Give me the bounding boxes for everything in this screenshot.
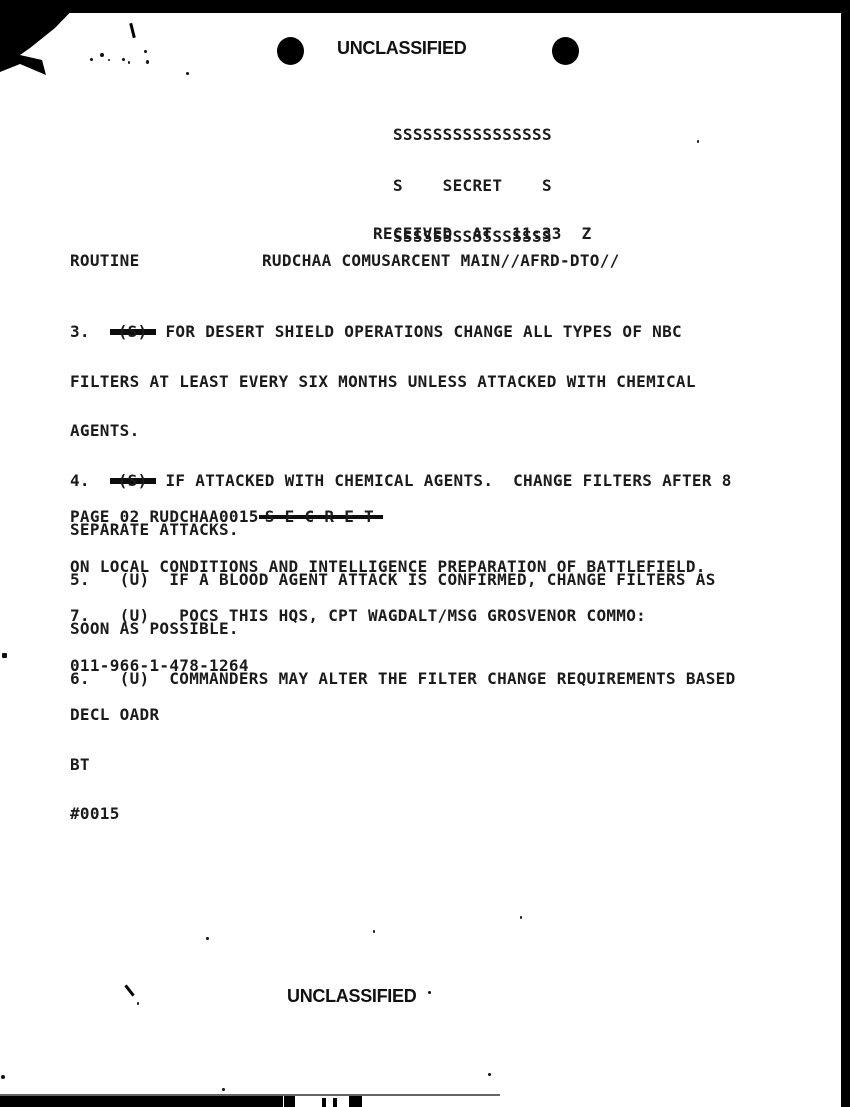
right-edge-scan-bar	[841, 0, 850, 1107]
bottom-edge-tick	[333, 1098, 337, 1107]
page2-line-1: ON LOCAL CONDITIONS AND INTELLIGENCE PRE…	[70, 559, 706, 576]
ink-speck	[144, 50, 147, 53]
ink-speck	[520, 916, 522, 919]
page2-block: PAGE 02 RUDCHAA0015S E C R E T ON LOCAL …	[70, 476, 706, 856]
message-number: #0015	[70, 806, 706, 823]
secret-banner-middle: S SECRET S	[393, 178, 552, 196]
ink-speck	[697, 140, 699, 143]
hole-punch-right	[552, 37, 579, 65]
ink-speck	[128, 61, 130, 64]
ink-speck	[100, 53, 104, 57]
precedence-label: ROUTINE	[70, 253, 140, 270]
header-classification: UNCLASSIFIED	[337, 38, 466, 59]
ink-speck	[488, 1073, 491, 1076]
bottom-edge-mark	[349, 1096, 362, 1107]
ink-speck	[1, 1075, 5, 1079]
bottom-edge-scan-bar	[0, 1096, 283, 1107]
para-3-line-2: FILTERS AT LEAST EVERY SIX MONTHS UNLESS…	[70, 374, 736, 391]
redacted-classification-mark: (S)	[110, 322, 156, 341]
ink-speck	[373, 930, 375, 933]
ink-speck	[108, 59, 110, 61]
ink-speck	[137, 1002, 139, 1005]
decl-line: DECL OADR	[70, 707, 706, 724]
top-edge-scan-bar	[0, 0, 850, 13]
secret-banner-top: SSSSSSSSSSSSSSSS	[393, 127, 552, 145]
bottom-edge-mark	[284, 1096, 295, 1107]
para-3-text: FOR DESERT SHIELD OPERATIONS CHANGE ALL …	[156, 322, 682, 341]
pen-mark	[124, 984, 134, 996]
ink-speck	[90, 58, 93, 61]
bottom-edge-tick	[322, 1098, 326, 1107]
ink-speck	[2, 653, 7, 658]
ink-speck	[206, 937, 209, 940]
para-3-number: 3.	[70, 322, 110, 341]
footer-classification: UNCLASSIFIED	[287, 986, 416, 1007]
ink-speck	[122, 58, 125, 61]
ink-speck	[428, 991, 431, 994]
para-3-line-3: AGENTS.	[70, 423, 736, 440]
pen-mark	[129, 23, 136, 38]
phone-number: 011-966-1-478-1264	[70, 658, 706, 675]
page2-line-2: 7. (U) POCS THIS HQS, CPT WAGDALT/MSG GR…	[70, 608, 706, 625]
corner-fold-artifact	[0, 0, 100, 90]
ink-speck	[146, 60, 149, 64]
hole-punch-left	[277, 37, 304, 65]
page2-header-line: PAGE 02 RUDCHAA0015S E C R E T	[70, 509, 706, 526]
page2-header-prefix: PAGE 02 RUDCHAA0015	[70, 507, 259, 526]
ink-speck	[222, 1088, 225, 1091]
document-page: UNCLASSIFIED SSSSSSSSSSSSSSSS S SECRET S…	[0, 0, 850, 1107]
received-timestamp: RECEIVED AT 11:33 Z	[373, 226, 592, 243]
bt-line: BT	[70, 757, 706, 774]
para-3-line-1: 3. (S) FOR DESERT SHIELD OPERATIONS CHAN…	[70, 324, 736, 341]
ink-speck	[186, 72, 189, 75]
struck-secret-marking: S E C R E T	[259, 507, 383, 526]
routing-address: RUDCHAA COMUSARCENT MAIN//AFRD-DTO//	[262, 253, 620, 270]
